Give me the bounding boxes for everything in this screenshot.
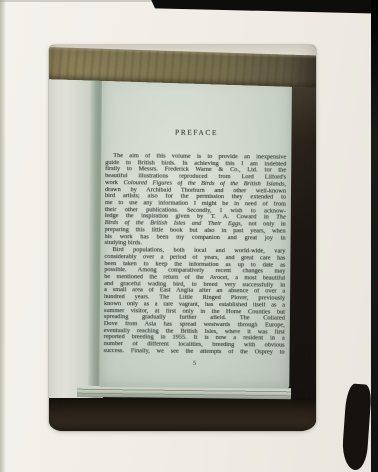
scan-top-hairline [0,0,160,2]
dark-background-bottom [49,398,316,431]
scan-left-edge [0,0,6,472]
preface-heading: PREFACE [101,127,291,138]
black-backdrop-bottom-corner [341,383,372,471]
text-line: success. Finally, we see the attempts of… [104,348,285,356]
page-number: 5 [99,360,289,368]
book-photograph: PREFACE The aim of this volume is to pro… [49,45,316,431]
black-backdrop-top [0,0,378,16]
preface-page: PREFACE The aim of this volume is to pro… [99,75,292,389]
paragraph: Bird populations, both local and world-w… [104,247,286,356]
scanned-catalog-page: PREFACE The aim of this volume is to pro… [0,0,378,472]
black-backdrop-right [371,0,378,472]
left-page [49,71,91,403]
paragraph: The aim of this volume is to provide an … [104,153,286,249]
page-paragraphs: The aim of this volume is to provide an … [104,153,287,356]
